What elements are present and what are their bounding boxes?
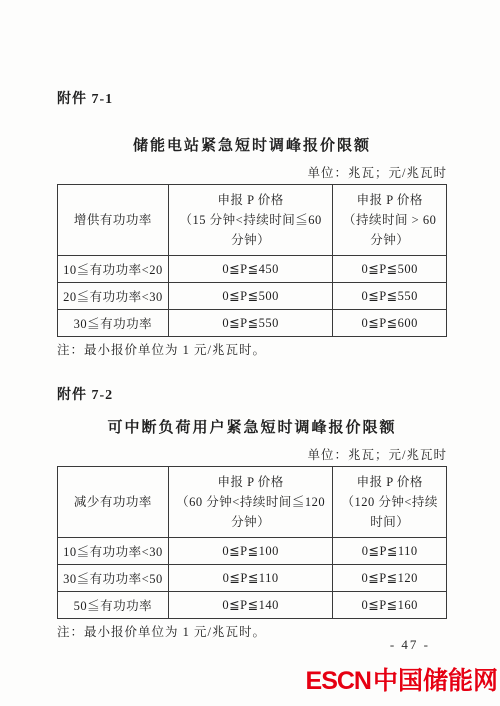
header-line1: 申报 P 价格: [218, 475, 284, 489]
attachment2-table: 减少有功功率 申报 P 价格 （60 分钟<持续时间≦120 分钟） 申报 P …: [57, 466, 447, 619]
escn-logo: ESCN中国储能网: [306, 661, 498, 697]
price-cell: 0≦P≦110: [333, 538, 447, 565]
header-power-cell: 增供有功功率: [58, 185, 169, 256]
power-range-cell: 10≦有功功率<20: [58, 256, 169, 283]
header-line1: 增供有功功率: [74, 213, 152, 227]
table-row: 20≦有功功率<30 0≦P≦500 0≦P≦550: [58, 283, 447, 310]
table-row: 30≦有功功率<50 0≦P≦110 0≦P≦120: [58, 565, 447, 592]
header-line1: 减少有功功率: [74, 495, 152, 509]
price-cell: 0≦P≦100: [168, 538, 333, 565]
table-row: 30≦有功功率 0≦P≦550 0≦P≦600: [58, 310, 447, 337]
escn-logo-latin: ESCN: [306, 667, 371, 695]
table-header-row: 减少有功功率 申报 P 价格 （60 分钟<持续时间≦120 分钟） 申报 P …: [58, 467, 447, 538]
header-power-cell: 减少有功功率: [58, 467, 169, 538]
table-row: 10≦有功功率<30 0≦P≦100 0≦P≦110: [58, 538, 447, 565]
price-cell: 0≦P≦550: [168, 310, 333, 337]
power-range-cell: 50≦有功功率: [58, 592, 169, 619]
attachment1-label: 附件 7-1: [57, 88, 447, 108]
page-number: - 47 -: [390, 637, 430, 653]
header-price-cell-2: 申报 P 价格 （120 分钟<持续时间）: [333, 467, 447, 538]
attachment1-note: 注：最小报价单位为 1 元/兆瓦时。: [57, 340, 447, 358]
price-cell: 0≦P≦500: [333, 256, 447, 283]
power-range-cell: 10≦有功功率<30: [58, 538, 169, 565]
header-price-cell-1: 申报 P 价格 （60 分钟<持续时间≦120 分钟）: [168, 467, 333, 538]
price-cell: 0≦P≦120: [333, 565, 447, 592]
header-line1: 申报 P 价格: [357, 475, 423, 489]
attachment1-unit: 单位：兆瓦；元/兆瓦时: [57, 163, 447, 181]
header-line2: （60 分钟<持续时间≦120 分钟）: [175, 492, 327, 532]
power-range-cell: 20≦有功功率<30: [58, 283, 169, 310]
table-row: 10≦有功功率<20 0≦P≦450 0≦P≦500: [58, 256, 447, 283]
header-line1: 申报 P 价格: [357, 193, 423, 207]
price-cell: 0≦P≦550: [333, 283, 447, 310]
attachment2-title: 可中断负荷用户紧急短时调峰报价限额: [57, 416, 447, 437]
power-range-cell: 30≦有功功率: [58, 310, 169, 337]
table-row: 50≦有功功率 0≦P≦140 0≦P≦160: [58, 592, 447, 619]
price-cell: 0≦P≦600: [333, 310, 447, 337]
header-line1: 申报 P 价格: [218, 193, 284, 207]
header-price-cell-2: 申报 P 价格 （持续时间 > 60 分钟）: [333, 185, 447, 256]
price-cell: 0≦P≦160: [333, 592, 447, 619]
table-header-row: 增供有功功率 申报 P 价格 （15 分钟<持续时间≦60 分钟） 申报 P 价…: [58, 185, 447, 256]
attachment2-label: 附件 7-2: [57, 384, 447, 404]
power-range-cell: 30≦有功功率<50: [58, 565, 169, 592]
price-cell: 0≦P≦450: [168, 256, 333, 283]
header-line2: （持续时间 > 60 分钟）: [339, 210, 440, 250]
price-cell: 0≦P≦500: [168, 283, 333, 310]
header-line2: （120 分钟<持续时间）: [339, 492, 440, 532]
document-page: 附件 7-1 储能电站紧急短时调峰报价限额 单位：兆瓦；元/兆瓦时 增供有功功率…: [0, 0, 500, 706]
attachment2-note: 注：最小报价单位为 1 元/兆瓦时。: [57, 622, 447, 640]
escn-logo-chinese: 中国储能网: [373, 667, 498, 695]
price-cell: 0≦P≦110: [168, 565, 333, 592]
header-line2: （15 分钟<持续时间≦60 分钟）: [175, 210, 327, 250]
page-content: 附件 7-1 储能电站紧急短时调峰报价限额 单位：兆瓦；元/兆瓦时 增供有功功率…: [57, 0, 447, 640]
header-price-cell-1: 申报 P 价格 （15 分钟<持续时间≦60 分钟）: [168, 185, 333, 256]
attachment1-title: 储能电站紧急短时调峰报价限额: [57, 134, 447, 155]
price-cell: 0≦P≦140: [168, 592, 333, 619]
attachment1-table: 增供有功功率 申报 P 价格 （15 分钟<持续时间≦60 分钟） 申报 P 价…: [57, 184, 447, 337]
attachment2-unit: 单位：兆瓦；元/兆瓦时: [57, 445, 447, 463]
